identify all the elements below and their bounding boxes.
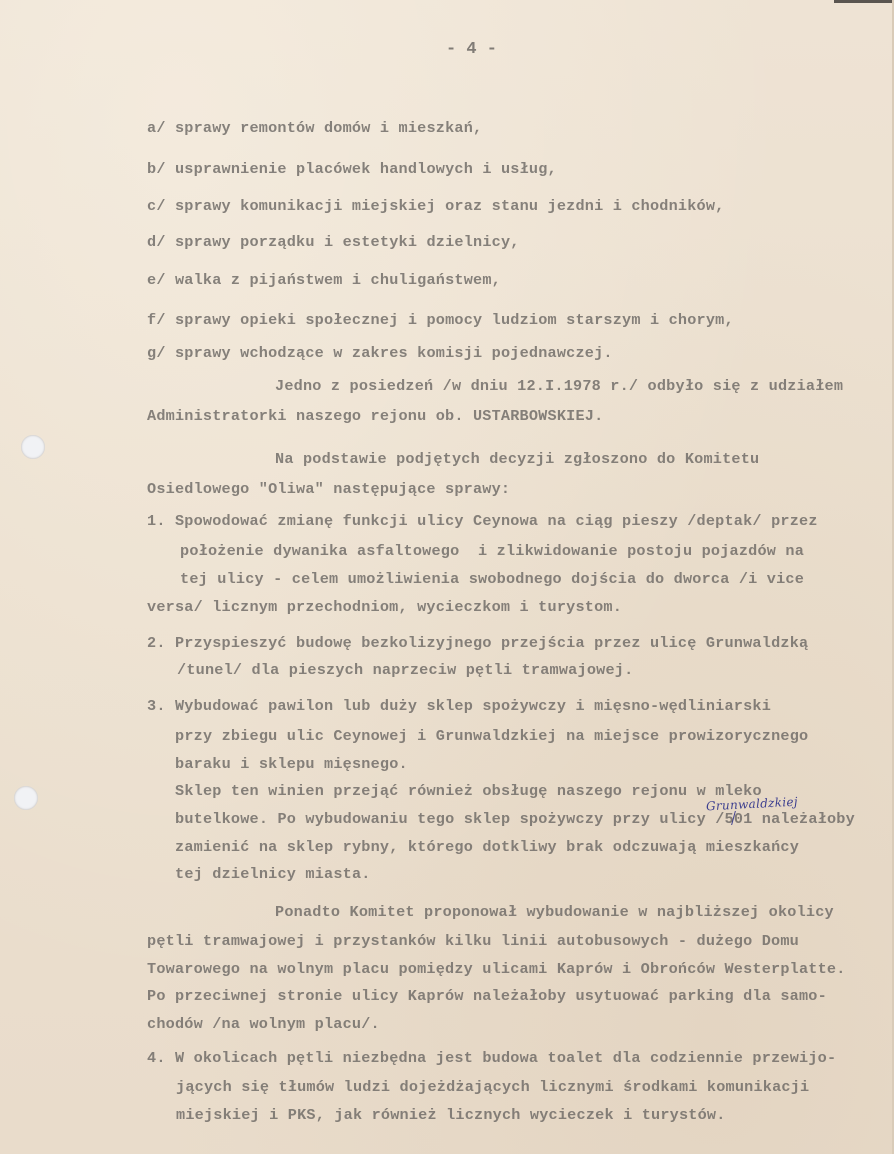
item-text: Wybudować pawilon lub duży sklep spożywc… [175, 697, 771, 715]
list-marker: g/ [147, 344, 166, 362]
item-number: 3. [147, 697, 166, 715]
numbered-item-4-line-2: jących się tłumów ludzi dojeżdżających l… [176, 1078, 809, 1096]
numbered-item-3-line-4: Sklep ten winien przejąć również obsługę… [175, 782, 762, 800]
numbered-item-2-line-2: /tunel/ dla pieszych naprzeciw pętli tra… [177, 661, 633, 679]
list-text: usprawnienie placówek handlowych i usług… [175, 160, 557, 178]
item-number: 2. [147, 634, 166, 652]
list-item-f: f/ sprawy opieki społecznej i pomocy lud… [147, 311, 734, 329]
list-marker: e/ [147, 271, 166, 289]
paragraph-committee-line-1: Ponadto Komitet proponował wybudowanie w… [275, 903, 834, 921]
list-item-d: d/ sprawy porządku i estetyki dzielnicy, [147, 233, 520, 251]
numbered-item-1-line-1: 1. Spowodować zmianę funkcji ulicy Ceyno… [147, 512, 818, 530]
numbered-item-2-line-1: 2. Przyspieszyć budowę bezkolizyjnego pr… [147, 634, 808, 652]
numbered-item-3-line-5: butelkowe. Po wybudowaniu tego sklep spo… [175, 810, 855, 828]
numbered-item-3-line-6: zamienić na sklep rybny, którego dotkliw… [175, 838, 799, 856]
numbered-item-3-line-2: przy zbiegu ulic Ceynowej i Grunwaldzkie… [175, 727, 808, 745]
numbered-item-4-line-1: 4. W okolicach pętli niezbędna jest budo… [147, 1049, 836, 1067]
list-item-b: b/ usprawnienie placówek handlowych i us… [147, 160, 557, 178]
item-number: 4. [147, 1049, 166, 1067]
numbered-item-4-line-3: miejskiej i PKS, jak również licznych wy… [176, 1106, 726, 1124]
list-text: sprawy wchodzące w zakres komisji pojedn… [175, 344, 613, 362]
numbered-item-3-line-3: baraku i sklepu mięsnego. [175, 755, 408, 773]
scan-edge-shadow [834, 0, 894, 3]
document-page: - 4 - a/ sprawy remontów domów i mieszka… [0, 0, 894, 1154]
list-marker: c/ [147, 197, 166, 215]
numbered-item-1-line-4: versa/ licznym przechodniom, wycieczkom … [147, 598, 622, 616]
paragraph-committee-line-2: pętli tramwajowej i przystanków kilku li… [147, 932, 799, 950]
list-text: sprawy komunikacji miejskiej oraz stanu … [175, 197, 725, 215]
paragraph-committee-line-4: Po przeciwnej stronie ulicy Kaprów należ… [147, 987, 827, 1005]
item-text: Spowodować zmianę funkcji ulicy Ceynowa … [175, 512, 818, 530]
list-marker: f/ [147, 311, 166, 329]
punch-hole-bottom [14, 786, 38, 810]
numbered-item-3-line-7: tej dzielnicy miasta. [175, 865, 371, 883]
paragraph-meeting-line-1: Jedno z posiedzeń /w dniu 12.I.1978 r./ … [275, 377, 843, 395]
list-item-e: e/ walka z pijaństwem i chuligaństwem, [147, 271, 501, 289]
numbered-item-1-line-3: tej ulicy - celem umożliwienia swobodneg… [180, 570, 804, 588]
list-item-c: c/ sprawy komunikacji miejskiej oraz sta… [147, 197, 725, 215]
punch-hole-top [21, 435, 45, 459]
list-item-a: a/ sprawy remontów domów i mieszkań, [147, 119, 482, 137]
list-text: walka z pijaństwem i chuligaństwem, [175, 271, 501, 289]
list-text: sprawy porządku i estetyki dzielnicy, [175, 233, 520, 251]
page-number: - 4 - [446, 40, 497, 59]
item-text: Przyspieszyć budowę bezkolizyjnego przej… [175, 634, 808, 652]
paragraph-decisions-line-1: Na podstawie podjętych decyzji zgłoszono… [275, 450, 759, 468]
numbered-item-3-line-1: 3. Wybudować pawilon lub duży sklep spoż… [147, 697, 771, 715]
paragraph-decisions-line-2: Osiedlowego "Oliwa" następujące sprawy: [147, 480, 510, 498]
numbered-item-1-line-2: położenie dywanika asfaltowego i zlikwid… [180, 542, 804, 560]
list-text: sprawy opieki społecznej i pomocy ludzio… [175, 311, 734, 329]
paragraph-committee-line-5: chodów /na wolnym placu/. [147, 1015, 380, 1033]
list-marker: d/ [147, 233, 166, 251]
list-item-g: g/ sprawy wchodzące w zakres komisji poj… [147, 344, 613, 362]
item-number: 1. [147, 512, 166, 530]
list-marker: a/ [147, 119, 166, 137]
item-text: W okolicach pętli niezbędna jest budowa … [175, 1049, 836, 1067]
list-marker: b/ [147, 160, 166, 178]
paragraph-meeting-line-2: Administratorki naszego rejonu ob. USTAR… [147, 407, 603, 425]
list-text: sprawy remontów domów i mieszkań, [175, 119, 482, 137]
paragraph-committee-line-3: Towarowego na wolnym placu pomiędzy ulic… [147, 960, 846, 978]
